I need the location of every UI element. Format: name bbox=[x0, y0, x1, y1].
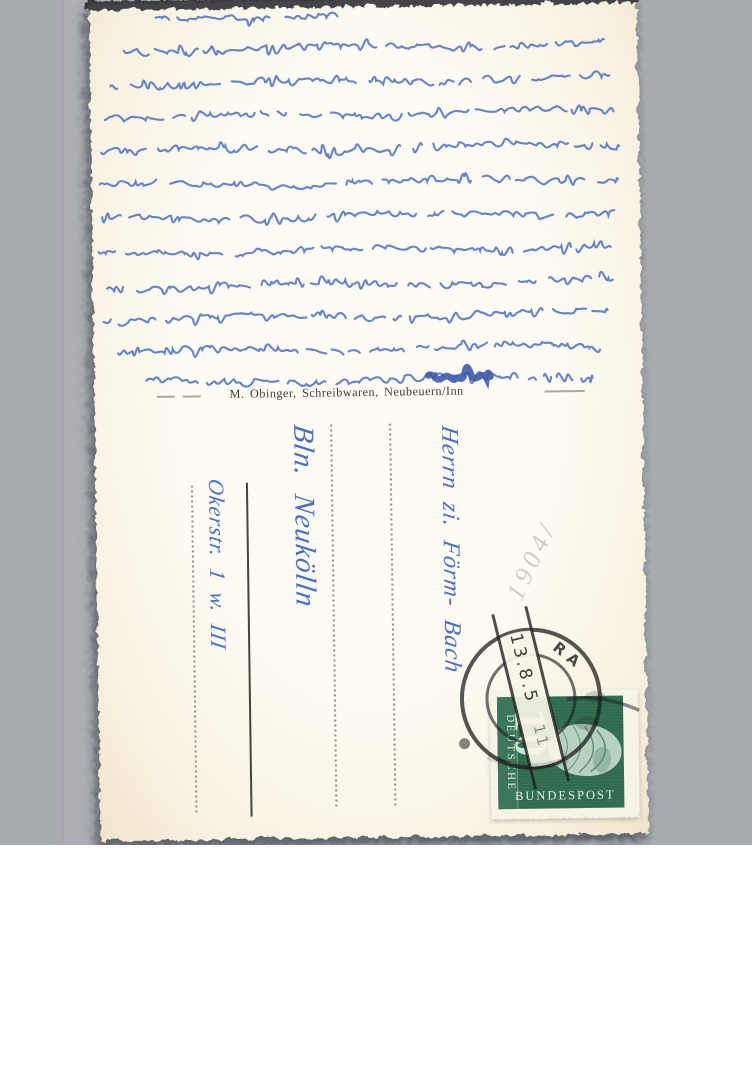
message-line bbox=[285, 13, 337, 20]
imprint-dash-left-1 bbox=[157, 396, 175, 398]
address-line-street: Okerstr. 1 w. III bbox=[205, 479, 232, 823]
scanner-guide-line bbox=[63, 0, 64, 845]
message-line bbox=[155, 15, 269, 27]
imprint-dash-left-2 bbox=[183, 395, 201, 397]
postmark-town-letters: RA bbox=[549, 638, 588, 674]
postmark-smudge-1 bbox=[585, 691, 605, 703]
postcard-back: M. Obinger, Schreibwaren, Neubeuern/Inn … bbox=[87, 0, 647, 840]
address-line-street-text: Okerstr. 1 w. III bbox=[205, 478, 229, 651]
message-line bbox=[100, 171, 618, 192]
postmark-smudge-2 bbox=[575, 716, 599, 730]
message-line bbox=[124, 36, 604, 57]
address-rule-dotted-1 bbox=[191, 485, 198, 815]
address-line-city: Bln. Neukölln bbox=[288, 425, 321, 713]
message-line bbox=[105, 105, 614, 125]
postmark: 13.8.5 11 RA bbox=[426, 604, 647, 809]
message-line bbox=[99, 241, 611, 261]
scanner-backdrop: M. Obinger, Schreibwaren, Neubeuern/Inn … bbox=[0, 0, 752, 845]
postcard-content: M. Obinger, Schreibwaren, Neubeuern/Inn … bbox=[87, 0, 647, 840]
message-line bbox=[104, 307, 608, 328]
address-rule-dotted-2 bbox=[330, 424, 337, 808]
message-line bbox=[101, 137, 619, 162]
message-line bbox=[107, 272, 613, 295]
message-line bbox=[110, 71, 609, 90]
postmark-ink-blob bbox=[459, 738, 470, 749]
scanned-postcard-image: M. Obinger, Schreibwaren, Neubeuern/Inn … bbox=[0, 0, 752, 1072]
pencil-dealer-mark: 1904/ bbox=[500, 516, 563, 605]
message-line bbox=[102, 206, 614, 227]
handwritten-message bbox=[87, 0, 641, 412]
address-rule-dotted-3 bbox=[389, 424, 396, 806]
address-line-city-text: Bln. Neukölln bbox=[288, 423, 320, 610]
page-lower-whitespace bbox=[0, 845, 752, 1072]
message-line bbox=[118, 339, 600, 359]
address-rule-solid bbox=[246, 483, 253, 817]
